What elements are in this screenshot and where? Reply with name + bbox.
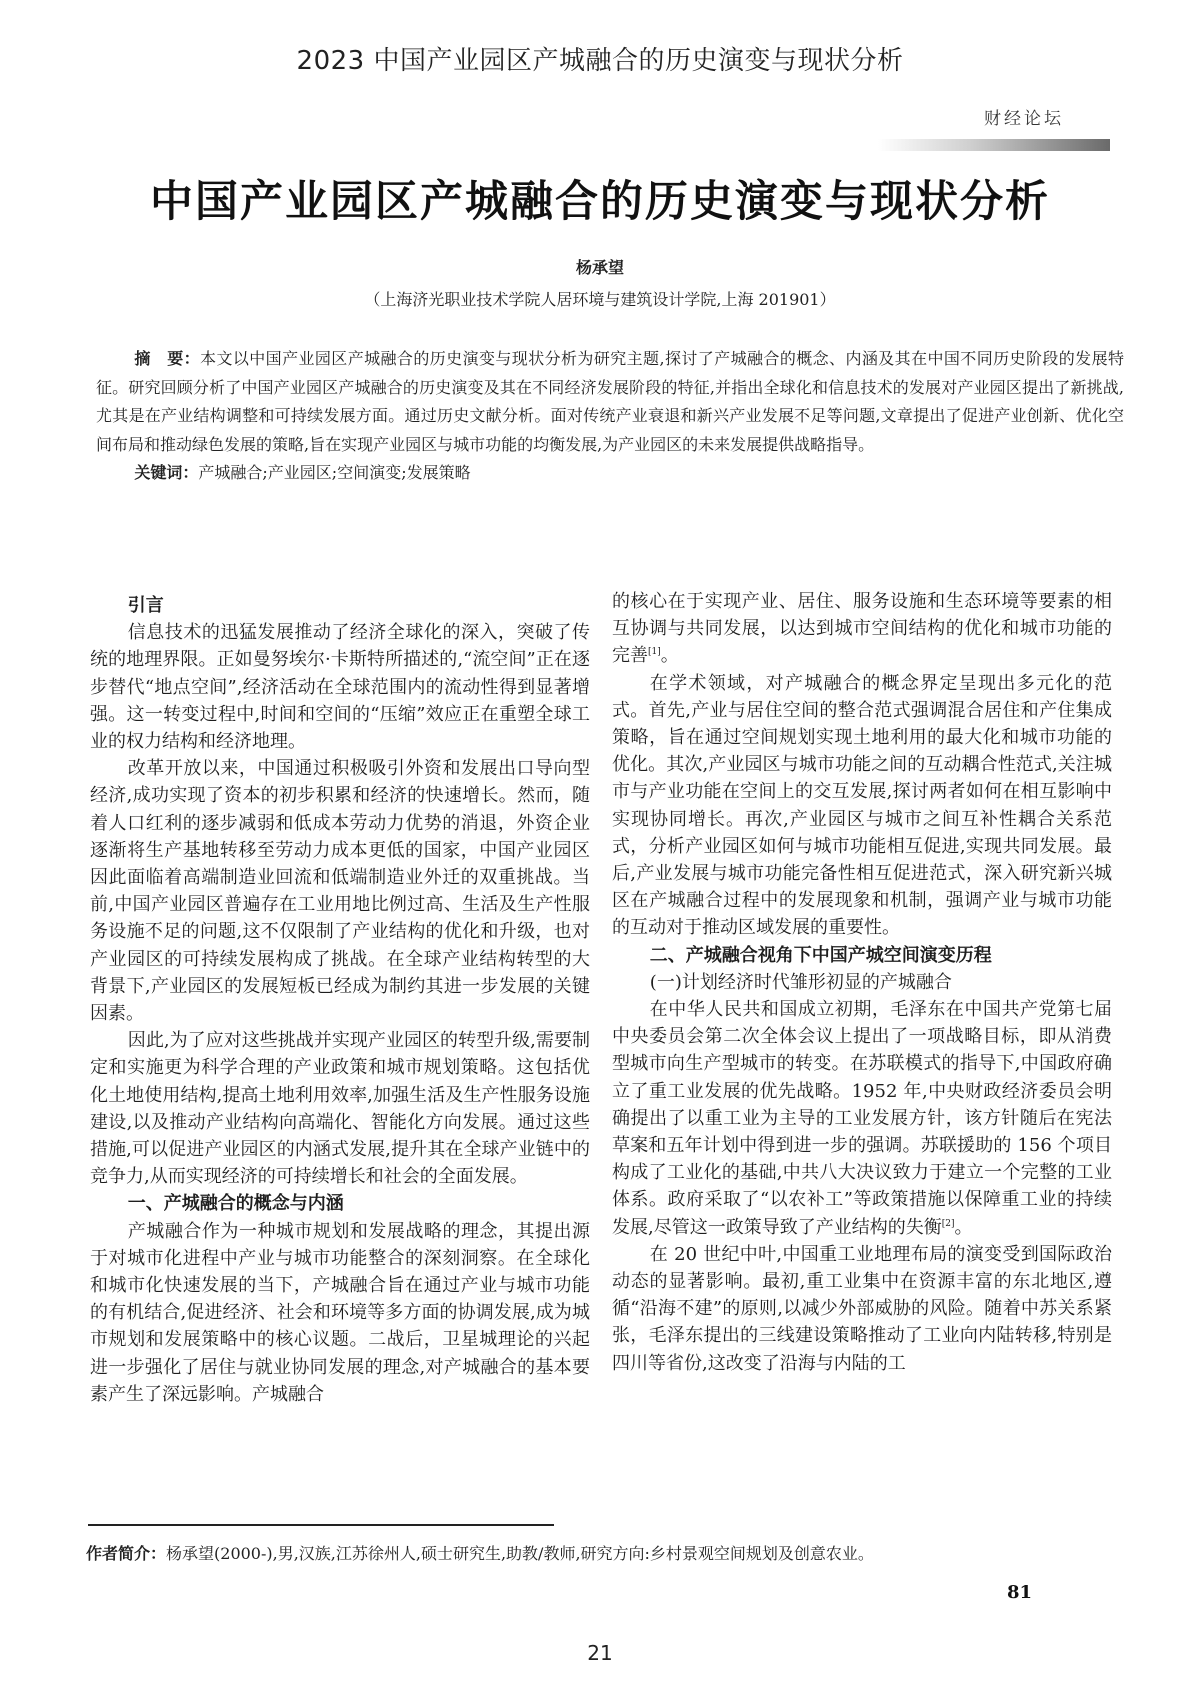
running-head: 2023 中国产业园区产城融合的历史演变与现状分析 xyxy=(0,40,1200,77)
section-heading-intro: 引言 xyxy=(90,592,590,619)
body-paragraph: 在学术领域，对产城融合的概念界定呈现出多元化的范式。首先,产业与居住空间的整合范… xyxy=(612,670,1112,942)
body-paragraph: 在 20 世纪中叶,中国重工业地理布局的演变受到国际政治动态的显著影响。最初,重… xyxy=(612,1241,1112,1377)
paragraph-end: 。 xyxy=(661,645,679,666)
column-label: 财经论坛 xyxy=(984,104,1064,129)
abstract-text: 本文以中国产业园区产城融合的历史演变与现状分析为研究主题,探讨了产城融合的概念、… xyxy=(96,349,1124,454)
paragraph-text: 在中华人民共和国成立初期，毛泽东在中国共产党第七届中央委员会第二次全体会议上提出… xyxy=(612,999,1112,1238)
abstract-paragraph: 摘 要：本文以中国产业园区产城融合的历史演变与现状分析为研究主题,探讨了产城融合… xyxy=(96,345,1124,459)
body-paragraph: 信息技术的迅猛发展推动了经济全球化的深入，突破了传统的地理界限。正如曼努埃尔·卡… xyxy=(90,619,590,755)
citation-ref: [1] xyxy=(648,647,661,657)
author-name: 杨承望 xyxy=(0,255,1200,278)
column-gradient-bar xyxy=(878,139,1110,151)
body-paragraph: 因此,为了应对这些挑战并实现产业园区的转型升级,需要制定和实施更为科学合理的产业… xyxy=(90,1027,590,1190)
paragraph-end: 。 xyxy=(954,1217,972,1238)
keywords-label: 关键词： xyxy=(134,463,198,482)
footnote-label: 作者简介： xyxy=(86,1544,166,1563)
author-affiliation: （上海济光职业技术学院人居环境与建筑设计学院,上海 201901） xyxy=(0,287,1200,310)
body-paragraph: 改革开放以来，中国通过积极吸引外资和发展出口导向型经济,成功实现了资本的初步积累… xyxy=(90,755,590,1027)
author-footnote: 作者简介：杨承望(2000-),男,汉族,江苏徐州人,硕士研究生,助教/教师,研… xyxy=(86,1541,1186,1564)
footnote-text: 杨承望(2000-),男,汉族,江苏徐州人,硕士研究生,助教/教师,研究方向:乡… xyxy=(166,1544,874,1563)
abstract-block: 摘 要：本文以中国产业园区产城融合的历史演变与现状分析为研究主题,探讨了产城融合… xyxy=(96,345,1124,488)
keywords-text: 产城融合;产业园区;空间演变;发展策略 xyxy=(198,463,470,482)
paragraph-text: 的核心在于实现产业、居住、服务设施和生态环境等要素的相互协调与共同发展，以达到城… xyxy=(612,591,1112,666)
citation-ref: [2] xyxy=(942,1219,955,1229)
left-column: 引言 信息技术的迅猛发展推动了经济全球化的深入，突破了传统的地理界限。正如曼努埃… xyxy=(90,592,590,1408)
pdf-page-number: 21 xyxy=(0,1641,1200,1665)
abstract-label: 摘 要： xyxy=(134,349,200,368)
right-column: 的核心在于实现产业、居住、服务设施和生态环境等要素的相互协调与共同发展，以达到城… xyxy=(612,588,1112,1377)
subsection-heading: (一)计划经济时代雏形初显的产城融合 xyxy=(612,969,1112,996)
body-paragraph: 产城融合作为一种城市规划和发展战略的理念，其提出源于对城市化进程中产业与城市功能… xyxy=(90,1218,590,1408)
keywords-line: 关键词：产城融合;产业园区;空间演变;发展策略 xyxy=(96,459,1124,488)
section-heading-1: 一、产城融合的概念与内涵 xyxy=(90,1190,590,1217)
footnote-divider xyxy=(88,1524,554,1526)
journal-page-number: 81 xyxy=(1007,1582,1032,1603)
section-heading-2: 二、产城融合视角下中国产城空间演变历程 xyxy=(612,942,1112,969)
article-title: 中国产业园区产城融合的历史演变与现状分析 xyxy=(0,168,1200,229)
body-paragraph: 在中华人民共和国成立初期，毛泽东在中国共产党第七届中央委员会第二次全体会议上提出… xyxy=(612,996,1112,1241)
body-paragraph-continued: 的核心在于实现产业、居住、服务设施和生态环境等要素的相互协调与共同发展，以达到城… xyxy=(612,588,1112,670)
